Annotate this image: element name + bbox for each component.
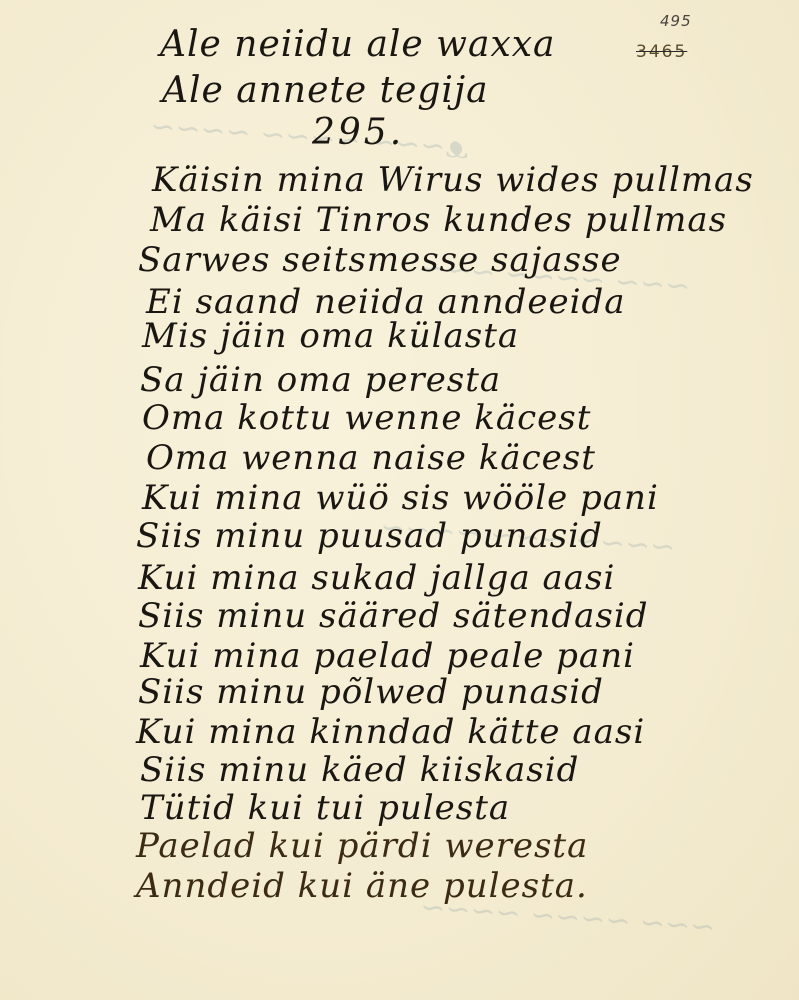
poem-line: Oma kottu wenne käcest	[142, 398, 591, 438]
poem-line: Siis minu puusad punasid	[136, 516, 603, 556]
poem-line: Siis minu põlwed punasid	[138, 672, 604, 712]
poem-line: Mis jäin oma külasta	[142, 316, 519, 356]
poem-line: Siis minu sääred sätendasid	[138, 596, 648, 636]
poem-line: Kui mina paelad peale pani	[140, 636, 635, 676]
header-line-1: Ale neiidu ale waxxa	[160, 24, 556, 65]
poem-line: Sarwes seitsmesse sajasse	[138, 240, 622, 280]
poem-line: Tütid kui tui pulesta	[140, 788, 510, 828]
poem-line: Paelad kui pärdi weresta	[136, 826, 588, 866]
archive-number: 495	[660, 12, 692, 30]
poem-line: Oma wenna naise käcest	[146, 438, 596, 478]
poem-line: Anndeid kui äne pulesta.	[136, 866, 588, 906]
poem-line: Kui mina sukad jallga aasi	[138, 558, 615, 598]
poem-line: Kui mina kinndad kätte aasi	[136, 712, 645, 752]
poem-line: Kui mina wüö sis wööle pani	[142, 478, 659, 518]
poem-line: Ma käisi Tinros kundes pullmas	[150, 200, 727, 240]
header-line-2: Ale annete tegija	[162, 70, 489, 111]
poem-line: Sa jäin oma peresta	[140, 360, 501, 400]
archive-number-struck: 3465	[636, 42, 687, 62]
manuscript-page: ᴥ~~~ ~~~~ ~~~~ ~~~ ~~~~ ~~~ ~~~~ ~~~ ~~~…	[0, 0, 799, 1000]
poem-line: Siis minu käed kiiskasid	[140, 750, 579, 790]
poem-line: Käisin mina Wirus wides pullmas	[152, 160, 754, 200]
bleed-through-text: ᴥ~~~ ~~~~ ~~~~	[149, 109, 469, 166]
page-number: 295.	[312, 112, 404, 153]
